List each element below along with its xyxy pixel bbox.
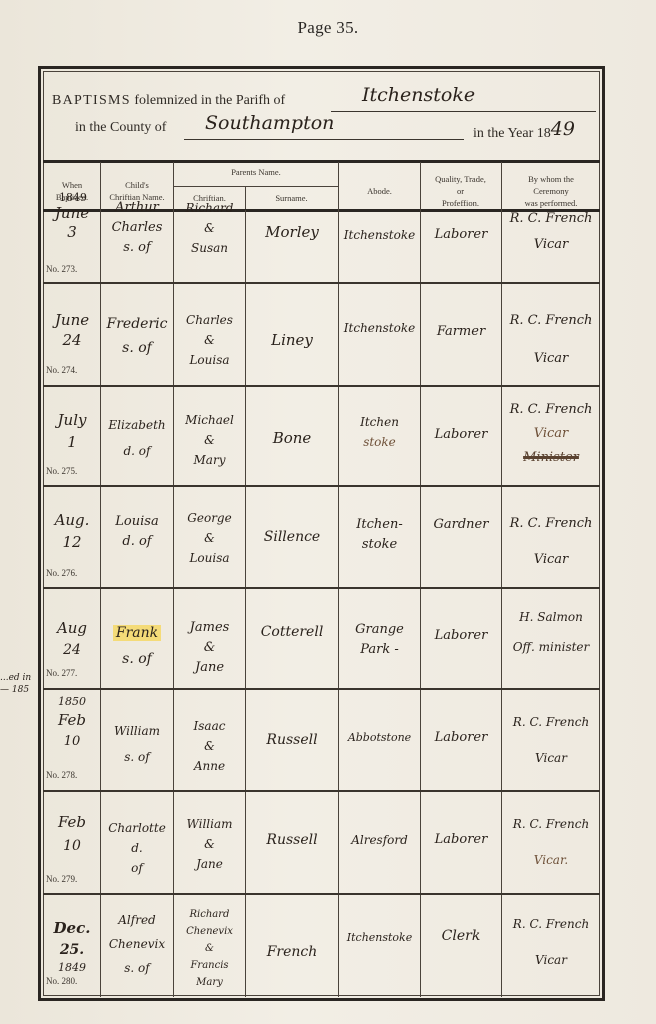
parent-line: Richard bbox=[174, 906, 245, 923]
entry-number: No. 279. bbox=[46, 874, 77, 884]
entry-quality: Laborer bbox=[421, 830, 501, 850]
col-line-3 bbox=[245, 210, 246, 997]
officiant-line: Vicar bbox=[502, 422, 600, 446]
entry-surname: Cotterell bbox=[246, 622, 338, 642]
officiant-line: R. C. French bbox=[502, 398, 600, 422]
parent-line: & bbox=[174, 736, 245, 756]
entry-abode: Itchenstoke bbox=[339, 225, 420, 245]
entry-parents-christian: Charles & Louisa bbox=[174, 310, 245, 370]
abode-line: Itchenstoke bbox=[339, 225, 420, 245]
officiant-line: Off. minister bbox=[502, 632, 600, 662]
entry-day: 25. bbox=[46, 940, 98, 960]
child-line: s. of bbox=[101, 238, 173, 258]
col-officiant-l1: By whom the bbox=[502, 173, 600, 185]
officiant-line: R. C. French bbox=[502, 806, 600, 842]
county-line bbox=[184, 139, 464, 140]
entry-quality: Laborer bbox=[421, 728, 501, 748]
entry-abode: Itchen stoke bbox=[339, 412, 420, 452]
parent-line: & bbox=[174, 330, 245, 350]
entry-officiant: R. C. French Vicar bbox=[502, 302, 600, 378]
abode-line: stoke bbox=[339, 432, 420, 452]
entry-child: Arthur Charles s. of bbox=[101, 198, 173, 258]
title-text: folemnized in the Parifh of bbox=[134, 93, 285, 108]
parent-line: George bbox=[174, 508, 245, 528]
entry-surname: Russell bbox=[246, 730, 338, 750]
entry-quality: Laborer bbox=[421, 425, 501, 445]
entry-surname: Liney bbox=[246, 330, 338, 350]
entry-month: June bbox=[46, 310, 98, 330]
officiant-line: Vicar bbox=[502, 942, 600, 978]
margin-note-line: — 185 bbox=[0, 684, 31, 696]
entry-abode: Abbotstone bbox=[339, 728, 420, 748]
parents-subheader-rule bbox=[174, 186, 338, 187]
parent-line: & bbox=[174, 638, 245, 658]
parish-value: Itchenstoke bbox=[362, 84, 475, 106]
year-label: in the Year 1849 bbox=[473, 120, 575, 142]
entry-abode: Itchen- stoke bbox=[339, 515, 420, 555]
entry-child: Elizabeth d. of bbox=[101, 412, 173, 464]
parish-line bbox=[331, 111, 596, 112]
entry-parents-christian: James & Jane bbox=[174, 618, 245, 678]
parent-line: Susan bbox=[174, 238, 245, 258]
entry-quality: Gardner bbox=[421, 515, 501, 535]
entry-month: June bbox=[46, 203, 98, 223]
col-parents-surname: Surname. bbox=[245, 192, 338, 204]
parent-line: Jane bbox=[174, 854, 245, 874]
row-rule bbox=[43, 790, 600, 792]
col-line-5 bbox=[420, 162, 421, 997]
col-parents: Parents Name. bbox=[174, 166, 338, 178]
officiant-line: R. C. French bbox=[502, 906, 600, 942]
parent-line: Chenevix bbox=[174, 923, 245, 940]
row-rule bbox=[43, 688, 600, 690]
entry-number: No. 276. bbox=[46, 568, 77, 578]
entry-number: No. 273. bbox=[46, 264, 77, 274]
county-value: Southampton bbox=[205, 112, 334, 134]
entry-abode: Itchenstoke bbox=[339, 928, 420, 948]
entry-month: Aug bbox=[46, 618, 98, 638]
child-line: Charles bbox=[101, 218, 173, 238]
child-line: d. of bbox=[101, 438, 173, 464]
entry-abode: Itchenstoke bbox=[339, 318, 420, 338]
entry-month: Feb bbox=[46, 812, 98, 832]
margin-note-line: ...ed in bbox=[0, 672, 31, 684]
header-top-rule bbox=[43, 160, 600, 163]
entry-abode: Alresford bbox=[339, 830, 420, 850]
parents-sub-vline bbox=[245, 186, 246, 209]
child-line: s. of bbox=[101, 744, 173, 770]
entry-month: Dec. bbox=[46, 918, 98, 938]
entry-number: No. 280. bbox=[46, 976, 77, 986]
parent-line: & bbox=[174, 218, 245, 238]
abode-line: Itchenstoke bbox=[339, 928, 420, 948]
col-quality-l2: or bbox=[420, 185, 501, 197]
entry-officiant: R. C. French Vicar bbox=[502, 506, 600, 578]
officiant-line: Vicar bbox=[502, 232, 600, 258]
entry-quality: Laborer bbox=[421, 225, 501, 245]
page-number: Page 35. bbox=[0, 18, 656, 38]
child-line: d. of bbox=[101, 532, 173, 552]
entry-child: Frederic s. of bbox=[101, 312, 173, 360]
child-line: Frederic bbox=[101, 312, 173, 336]
register-title: BAPTISMS folemnized in the Parifh of bbox=[52, 93, 285, 109]
parent-line: & bbox=[174, 834, 245, 854]
entry-parents-christian: Richard Chenevix & Francis Mary bbox=[174, 906, 245, 991]
parent-line: Richard bbox=[174, 198, 245, 218]
entry-surname: Russell bbox=[246, 830, 338, 850]
officiant-line: R. C. French bbox=[502, 704, 600, 740]
col-quality-l1: Quality, Trade, bbox=[420, 173, 501, 185]
entry-child: Alfred Chenevix s. of bbox=[101, 908, 173, 980]
entry-parents-christian: George & Louisa bbox=[174, 508, 245, 568]
entry-officiant: R. C. French Vicar bbox=[502, 704, 600, 776]
officiant-line: Vicar bbox=[502, 740, 600, 776]
entry-month: Aug. bbox=[46, 510, 98, 530]
entry-number: No. 277. bbox=[46, 668, 77, 678]
entry-parents-christian: Richard & Susan bbox=[174, 198, 245, 258]
struck-out-text: Minister bbox=[502, 446, 600, 470]
child-line: s. of bbox=[101, 336, 173, 360]
entry-officiant: H. Salmon Off. minister bbox=[502, 602, 600, 662]
child-line: Charlotte bbox=[101, 818, 173, 838]
entry-parents-christian: William & Jane bbox=[174, 814, 245, 874]
child-line: d. bbox=[101, 838, 173, 858]
abode-line: stoke bbox=[339, 535, 420, 555]
child-line: William bbox=[101, 718, 173, 744]
entry-quality: Laborer bbox=[421, 626, 501, 646]
title-baptisms: BAPTISMS bbox=[52, 93, 131, 108]
row-rule bbox=[43, 587, 600, 589]
abode-line: Alresford bbox=[339, 830, 420, 850]
abode-line: Itchen- bbox=[339, 515, 420, 535]
col-line-4 bbox=[338, 162, 339, 997]
officiant-line: H. Salmon bbox=[502, 602, 600, 632]
entry-number: No. 274. bbox=[46, 365, 77, 375]
margin-note: ...ed in — 185 bbox=[0, 672, 31, 696]
entry-officiant: R. C. French Vicar Minister bbox=[502, 398, 600, 470]
officiant-line: R. C. French bbox=[502, 302, 600, 340]
entry-year: 1850 bbox=[46, 692, 98, 712]
officiant-line: Vicar bbox=[502, 340, 600, 378]
officiant-line: R. C. French bbox=[502, 506, 600, 542]
county-label: in the County of bbox=[75, 120, 166, 136]
child-line: Elizabeth bbox=[101, 412, 173, 438]
entry-year: 1849 bbox=[46, 958, 98, 978]
entry-day: 10 bbox=[46, 732, 98, 752]
entry-day: 3 bbox=[46, 222, 98, 242]
parent-line: & bbox=[174, 528, 245, 548]
entry-child: Charlotte d. of bbox=[101, 818, 173, 878]
child-line: Chenevix bbox=[101, 932, 173, 956]
entry-day: 10 bbox=[46, 836, 98, 856]
parent-line: Jane bbox=[174, 658, 245, 678]
abode-line: Grange bbox=[339, 620, 420, 640]
abode-line: Itchenstoke bbox=[339, 318, 420, 338]
officiant-line: Vicar. bbox=[502, 842, 600, 878]
child-line: Alfred bbox=[101, 908, 173, 932]
entry-officiant: R. C. French Vicar bbox=[502, 206, 600, 258]
parent-line: Mary bbox=[174, 974, 245, 991]
col-quality: Quality, Trade, or Profeffion. bbox=[420, 173, 501, 209]
col-officiant-l2: Ceremony bbox=[502, 185, 600, 197]
col-child-l1: Child's bbox=[101, 179, 173, 191]
entry-officiant: R. C. French Vicar bbox=[502, 906, 600, 978]
parent-line: Michael bbox=[174, 410, 245, 430]
abode-line: Abbotstone bbox=[339, 728, 420, 748]
entry-child: William s. of bbox=[101, 718, 173, 770]
entry-number: No. 275. bbox=[46, 466, 77, 476]
child-line: s. of bbox=[101, 646, 173, 672]
row-rule bbox=[43, 485, 600, 487]
entry-day: 12 bbox=[46, 532, 98, 552]
officiant-line: Vicar bbox=[502, 542, 600, 578]
row-rule bbox=[43, 282, 600, 284]
entry-child: Frank s. of bbox=[101, 620, 173, 672]
parent-line: & bbox=[174, 430, 245, 450]
parent-line: Francis bbox=[174, 957, 245, 974]
entry-quality: Clerk bbox=[421, 926, 501, 946]
entry-parents-christian: Michael & Mary bbox=[174, 410, 245, 470]
entry-parents-christian: Isaac & Anne bbox=[174, 716, 245, 776]
col-abode: Abode. bbox=[339, 185, 420, 197]
entry-abode: Grange Park - bbox=[339, 620, 420, 660]
entry-officiant: R. C. French Vicar. bbox=[502, 806, 600, 878]
parent-line: Louisa bbox=[174, 548, 245, 568]
row-rule bbox=[43, 893, 600, 895]
col-quality-l3: Profeffion. bbox=[420, 197, 501, 209]
child-line: of bbox=[101, 858, 173, 878]
entry-day: 24 bbox=[46, 640, 98, 660]
parent-line: Louisa bbox=[174, 350, 245, 370]
child-line: Arthur bbox=[101, 198, 173, 218]
parent-line: Isaac bbox=[174, 716, 245, 736]
entry-surname: Morley bbox=[246, 222, 338, 242]
entry-surname: French bbox=[246, 942, 338, 962]
entry-number: No. 278. bbox=[46, 770, 77, 780]
parent-line: Charles bbox=[174, 310, 245, 330]
abode-line: Itchen bbox=[339, 412, 420, 432]
parent-line: Mary bbox=[174, 450, 245, 470]
parent-line: James bbox=[174, 618, 245, 638]
col-officiant: By whom the Ceremony was performed. bbox=[502, 173, 600, 209]
entry-day: 24 bbox=[46, 330, 98, 350]
entry-child: Louisa d. of bbox=[101, 512, 173, 552]
child-line: s. of bbox=[101, 956, 173, 980]
year-prefix: in the Year 18 bbox=[473, 126, 551, 141]
entry-quality: Farmer bbox=[421, 322, 501, 342]
abode-line: Park - bbox=[339, 640, 420, 660]
child-line: Louisa bbox=[101, 512, 173, 532]
entry-day: 1 bbox=[46, 432, 98, 452]
highlighted-child-name: Frank bbox=[113, 625, 161, 641]
year-suffix: 49 bbox=[551, 118, 575, 140]
row-rule bbox=[43, 385, 600, 387]
entry-month: Feb bbox=[46, 710, 98, 730]
entry-surname: Sillence bbox=[246, 527, 338, 547]
parent-line: William bbox=[174, 814, 245, 834]
parent-line: & bbox=[174, 940, 245, 957]
parent-line: Anne bbox=[174, 756, 245, 776]
entry-month: July bbox=[46, 410, 98, 430]
officiant-line: R. C. French bbox=[502, 206, 600, 232]
entry-surname: Bone bbox=[246, 428, 338, 448]
